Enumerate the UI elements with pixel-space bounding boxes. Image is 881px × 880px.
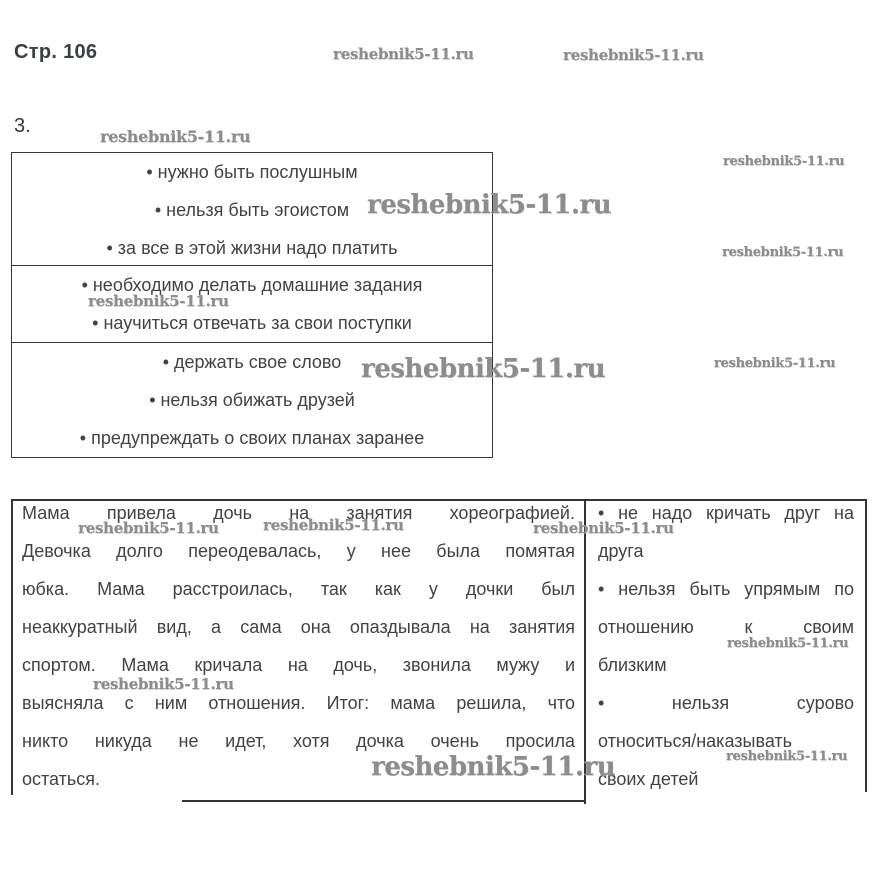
watermark: reshebnik5-11.ru: [533, 519, 674, 537]
watermark: reshebnik5-11.ru: [722, 245, 843, 260]
situation-table-right-border: [865, 499, 867, 792]
watermark: reshebnik5-11.ru: [100, 127, 250, 146]
rules-row-2: • необходимо делать домашние задания • н…: [12, 266, 492, 343]
rule-line: • предупреждать о своих планах заранее: [12, 419, 492, 457]
conclusion-line: друга: [598, 532, 854, 570]
story-line: неаккуратный вид, а сама она опаздывала …: [22, 608, 575, 646]
conclusion-line: своих детей: [598, 760, 854, 798]
story-line: юбка. Мама расстроилась, так как у дочки…: [22, 570, 575, 608]
situation-table-bottom-border: [182, 800, 585, 802]
watermark: reshebnik5-11.ru: [333, 45, 474, 63]
watermark: reshebnik5-11.ru: [371, 752, 615, 782]
watermark: reshebnik5-11.ru: [727, 636, 848, 651]
task-number: 3.: [14, 115, 31, 138]
rule-line: • за все в этой жизни надо платить: [12, 229, 492, 267]
rule-line: • научиться отвечать за свои поступки: [12, 304, 492, 342]
watermark: reshebnik5-11.ru: [563, 46, 704, 64]
watermark: reshebnik5-11.ru: [88, 292, 229, 310]
rule-line: • необходимо делать домашние задания: [12, 266, 492, 304]
watermark: reshebnik5-11.ru: [78, 519, 219, 537]
rule-line: • нельзя обижать друзей: [12, 381, 492, 419]
watermark: reshebnik5-11.ru: [361, 354, 605, 384]
watermark: reshebnik5-11.ru: [726, 749, 847, 764]
watermark: reshebnik5-11.ru: [263, 516, 404, 534]
conclusion-line: близким: [598, 646, 854, 684]
watermark: reshebnik5-11.ru: [367, 190, 611, 220]
rule-line: • нужно быть послушным: [12, 153, 492, 191]
document-page: Стр. 106 3. reshebnik5-11.ru reshebnik5-…: [0, 0, 881, 880]
watermark: reshebnik5-11.ru: [714, 356, 835, 371]
watermark: reshebnik5-11.ru: [93, 675, 234, 693]
conclusion-line: • нельзя сурово: [598, 684, 854, 722]
watermark: reshebnik5-11.ru: [723, 154, 844, 169]
page-title: Стр. 106: [14, 41, 97, 64]
story-line: Девочка долго переодевалась, у нее была …: [22, 532, 575, 570]
conclusion-line: • нельзя быть упрямым по: [598, 570, 854, 608]
